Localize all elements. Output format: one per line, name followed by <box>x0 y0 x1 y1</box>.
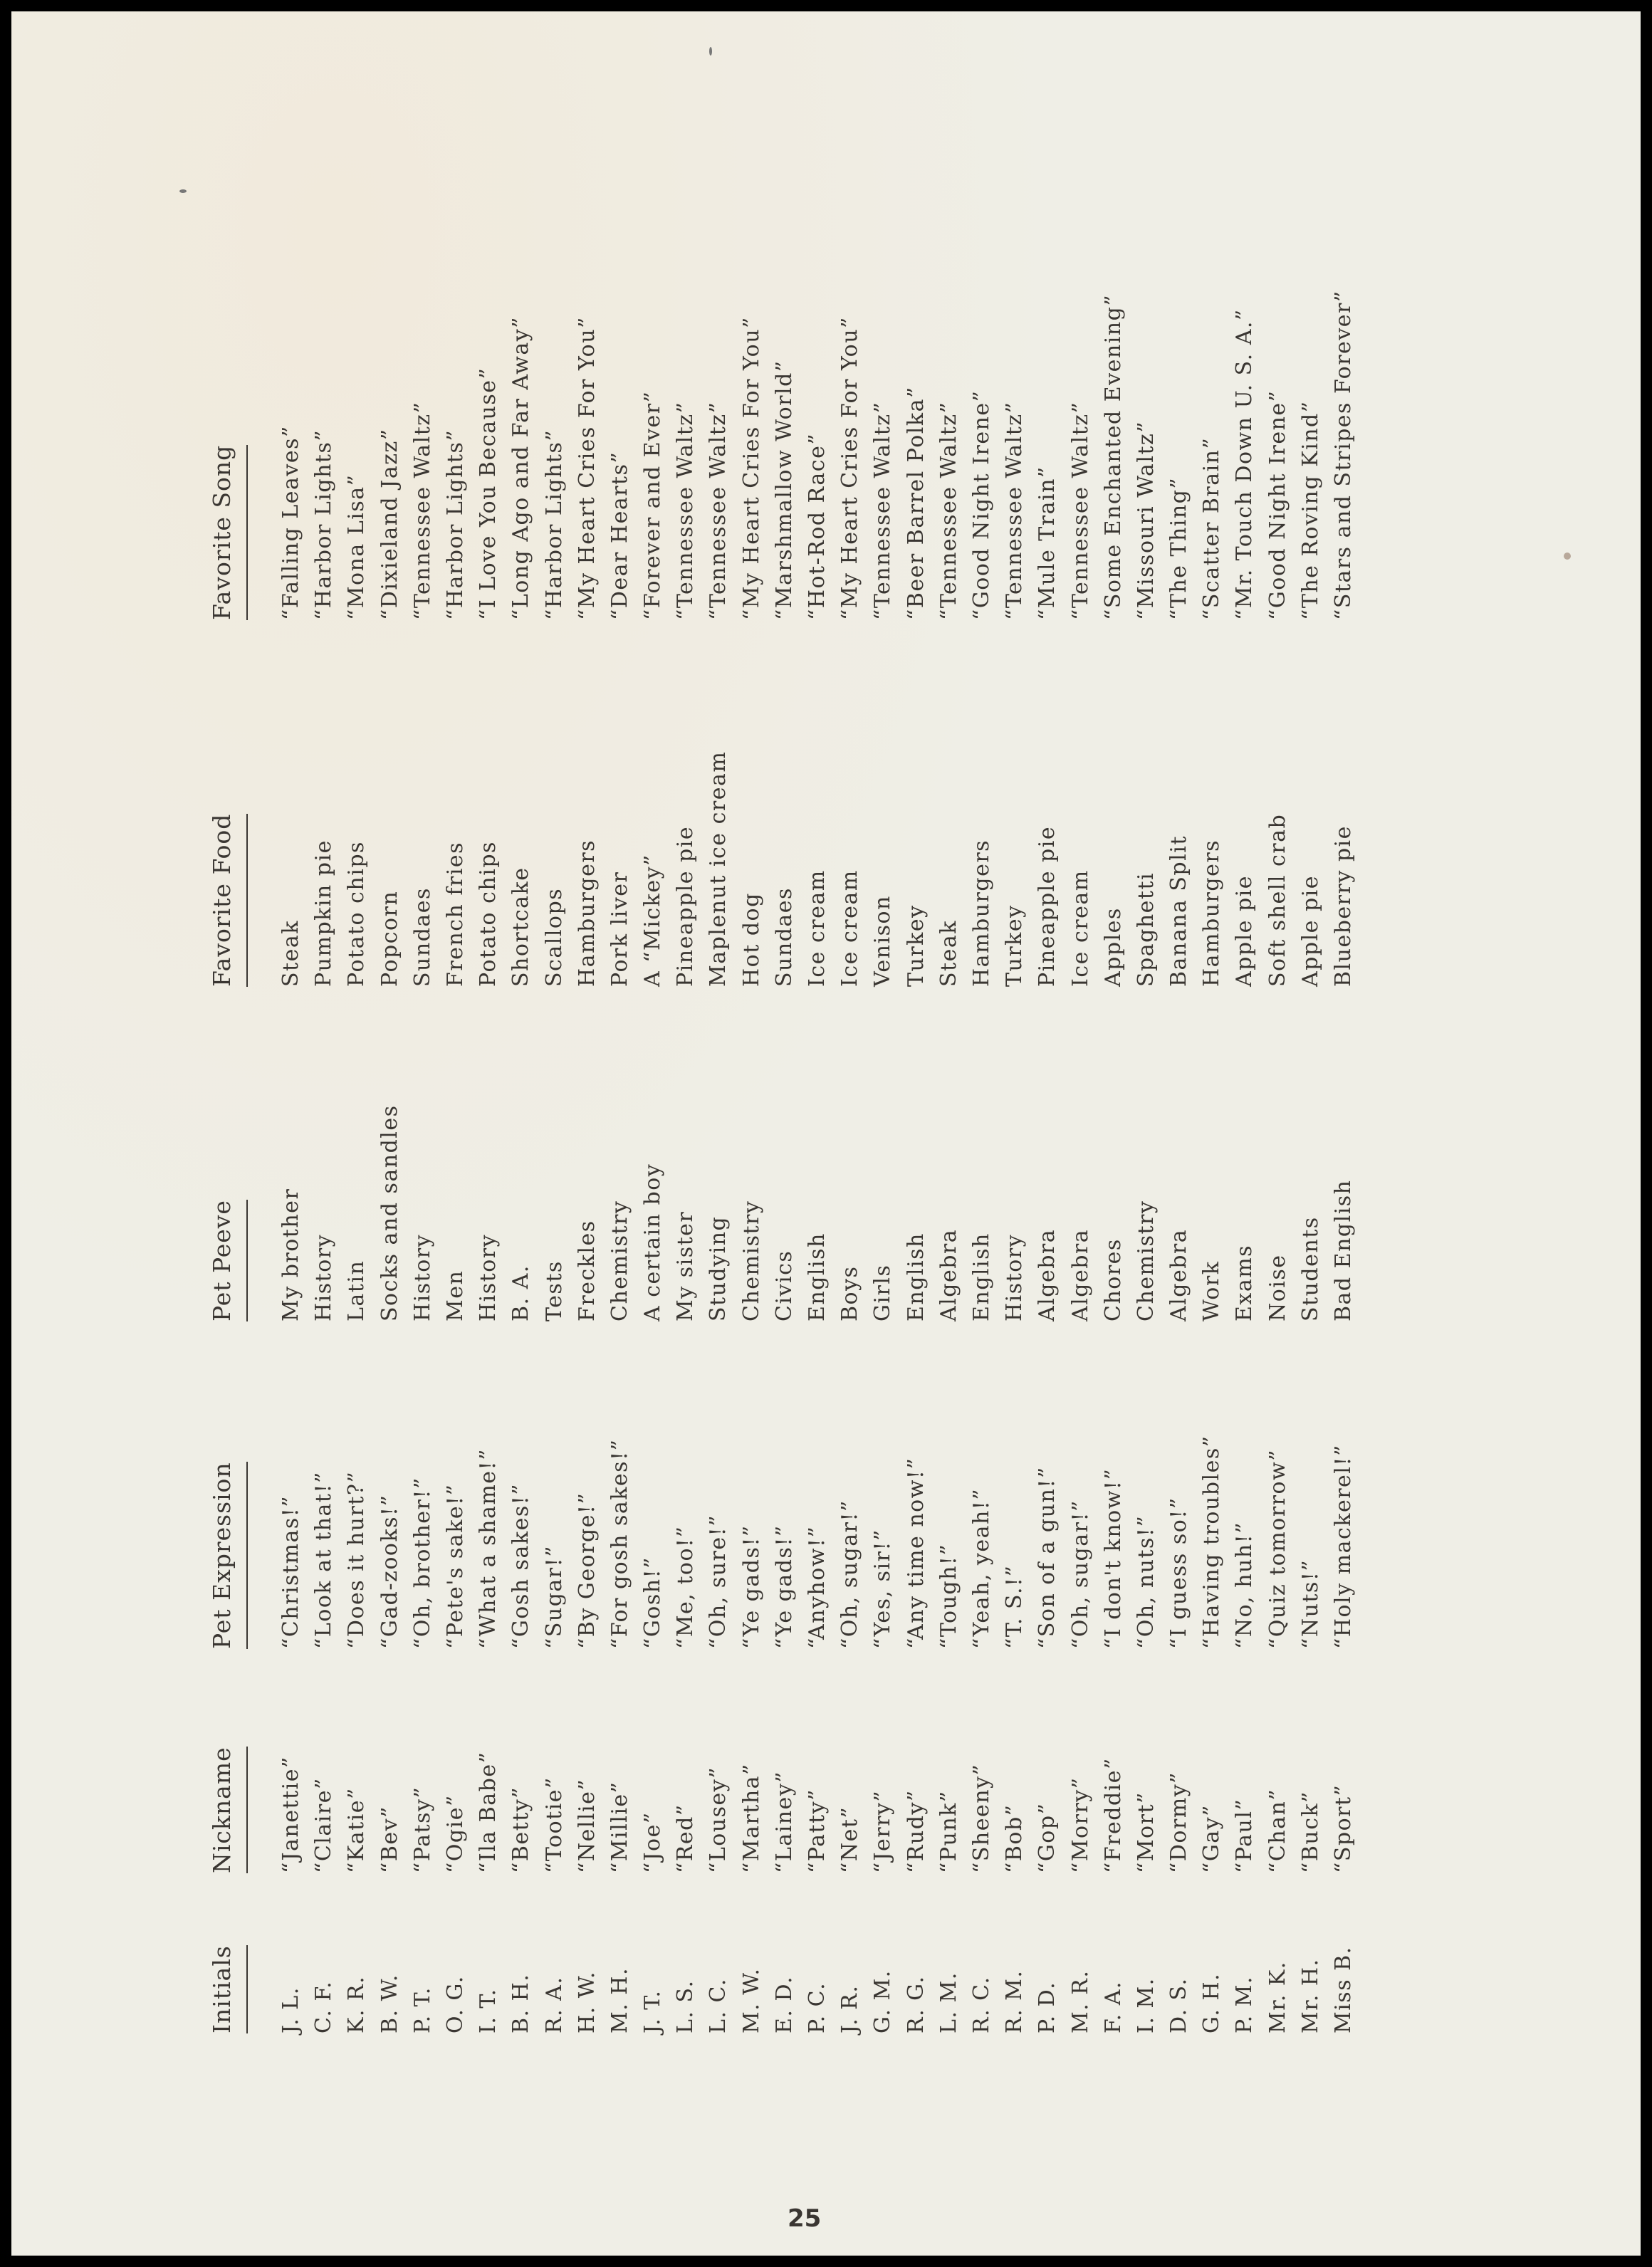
table-cell-initials: Miss B. <box>1327 1945 1360 2033</box>
table-cell-nickname: “Gay” <box>1196 1747 1228 1873</box>
column-initials: Initials J. L.C. F.K. R.B. W.P. T.O. G.I… <box>204 1945 1360 2033</box>
table-cell-pet-peeve: English <box>900 1104 933 1321</box>
table-cell-pet-expression: “Oh, nuts!” <box>1130 1435 1163 1649</box>
table-cell-nickname: “Red” <box>669 1747 702 1873</box>
table-cell-initials: M. R. <box>1065 1945 1097 2033</box>
table-cell-pet-peeve: Civics <box>768 1104 801 1321</box>
table-cell-initials: R. G. <box>900 1945 933 2033</box>
table-cell-favorite-song: “Harbor Lights” <box>439 290 472 620</box>
table-cell-pet-expression: “Gosh!” <box>637 1435 669 1649</box>
table-cell-initials: Mr. H. <box>1295 1945 1327 2033</box>
table-cell-favorite-food: Pineapple pie <box>669 751 702 987</box>
table-cell-pet-expression: “Oh, sure!” <box>702 1435 735 1649</box>
table-cell-nickname: “Bev” <box>374 1747 407 1873</box>
table-cell-favorite-song: “Dear Hearts” <box>604 290 637 620</box>
table-cell-initials: E. D. <box>768 1945 801 2033</box>
table-cell-nickname: “Ogie” <box>439 1747 472 1873</box>
table-cell-nickname: “Janettie” <box>275 1747 308 1873</box>
table-cell-pet-expression: “Having troubles” <box>1196 1435 1228 1649</box>
table-cell-favorite-food: Sundaes <box>407 751 439 987</box>
table-cell-favorite-song: “Harbor Lights” <box>538 290 571 620</box>
table-cell-favorite-food: Ice cream <box>834 751 867 987</box>
table-cell-initials: P. D. <box>1031 1945 1064 2033</box>
table-cell-pet-expression: “Tough!” <box>933 1435 966 1649</box>
table-cell-pet-peeve: English <box>966 1104 998 1321</box>
table-cell-favorite-food: Steak <box>275 751 308 987</box>
table-cell-initials: M. W. <box>736 1945 768 2033</box>
table-cell-favorite-food: Shortcake <box>505 751 538 987</box>
table-cell-pet-peeve: Algebra <box>1065 1104 1097 1321</box>
table-cell-favorite-food: Maplenut ice cream <box>702 751 735 987</box>
table-cell-favorite-song: “Some Enchanted Evening” <box>1097 290 1130 620</box>
table-cell-nickname: “Jerry” <box>867 1747 899 1873</box>
table-cell-nickname: “Buck” <box>1295 1747 1327 1873</box>
header-favorite-song: Favorite Song <box>204 445 248 620</box>
table-cell-favorite-song: “Forever and Ever” <box>637 290 669 620</box>
table-cell-pet-peeve: Socks and sandles <box>374 1104 407 1321</box>
table-cell-favorite-food: Popcorn <box>374 751 407 987</box>
table-cell-favorite-song: “My Heart Cries For You” <box>834 290 867 620</box>
table-cell-pet-peeve: Algebra <box>1031 1104 1064 1321</box>
table-cell-initials: G. H. <box>1196 1945 1228 2033</box>
table-cell-favorite-food: Potato chips <box>340 751 373 987</box>
table-cell-pet-peeve: Algebra <box>1163 1104 1196 1321</box>
table-cell-pet-expression: “I don't know!” <box>1097 1435 1130 1649</box>
table-cell-nickname: “Rudy” <box>900 1747 933 1873</box>
table-cell-pet-peeve: Freckles <box>571 1104 604 1321</box>
table-cell-pet-peeve: Chores <box>1097 1104 1130 1321</box>
table-cell-initials: J. T. <box>637 1945 669 2033</box>
table-cell-favorite-song: “I Love You Because” <box>472 290 505 620</box>
header-pet-peeve: Pet Peeve <box>204 1200 248 1321</box>
table-cell-nickname: “Betty” <box>505 1747 538 1873</box>
column-favorite-food: Favorite Food SteakPumpkin piePotato chi… <box>204 751 1360 987</box>
table-cell-nickname: “Gop” <box>1031 1747 1064 1873</box>
table-cell-favorite-food: A “Mickey” <box>637 751 669 987</box>
table-cell-favorite-song: “Tennessee Waltz” <box>933 290 966 620</box>
table-cell-pet-expression: “Gad-zooks!” <box>374 1435 407 1649</box>
table-cell-pet-expression: “Sugar!” <box>538 1435 571 1649</box>
table-cell-favorite-food: Turkey <box>998 751 1031 987</box>
table-cell-nickname: “Punk” <box>933 1747 966 1873</box>
table-cell-pet-peeve: Studying <box>702 1104 735 1321</box>
table-cell-pet-expression: “Look at that!” <box>308 1435 340 1649</box>
table-cell-nickname: “Lousey” <box>702 1747 735 1873</box>
table-cell-pet-expression: “Does it hurt?” <box>340 1435 373 1649</box>
table-cell-nickname: “Patsy” <box>407 1747 439 1873</box>
column-pet-expression: Pet Expression “Christmas!”“Look at that… <box>204 1435 1360 1649</box>
table-cell-pet-expression: “Holy mackerel!” <box>1327 1435 1360 1649</box>
header-favorite-food: Favorite Food <box>204 814 248 987</box>
table-cell-initials: P. T. <box>407 1945 439 2033</box>
table-cell-favorite-food: Hamburgers <box>571 751 604 987</box>
table-cell-pet-expression: “By George!” <box>571 1435 604 1649</box>
table-cell-nickname: “Joe” <box>637 1747 669 1873</box>
table-cell-favorite-song: “Scatter Brain” <box>1196 290 1228 620</box>
table-cell-favorite-food: Scallops <box>538 751 571 987</box>
paper-speck <box>709 47 712 56</box>
table-cell-initials: I. M. <box>1130 1945 1163 2033</box>
table-cell-pet-peeve: Boys <box>834 1104 867 1321</box>
table-cell-initials: B. W. <box>374 1945 407 2033</box>
table-cell-favorite-song: “Harbor Lights” <box>308 290 340 620</box>
table-cell-pet-expression: “Pete's sake!” <box>439 1435 472 1649</box>
table-cell-favorite-food: Hamburgers <box>1196 751 1228 987</box>
table-cell-pet-peeve: Chemistry <box>1130 1104 1163 1321</box>
table-cell-pet-expression: “Yeah, yeah!” <box>966 1435 998 1649</box>
table-cell-pet-expression: “Gosh sakes!” <box>505 1435 538 1649</box>
table-cell-nickname: “Sport” <box>1327 1747 1360 1873</box>
table-cell-initials: Mr. K. <box>1262 1945 1295 2033</box>
table-cell-favorite-food: Hot dog <box>736 751 768 987</box>
column-pet-peeve: Pet Peeve My brotherHistoryLatinSocks an… <box>204 1104 1360 1321</box>
table-cell-nickname: “Morry” <box>1065 1747 1097 1873</box>
table-cell-favorite-song: “My Heart Cries For You” <box>736 290 768 620</box>
table-cell-pet-expression: “T. S.!” <box>998 1435 1031 1649</box>
table-cell-initials: G. M. <box>867 1945 899 2033</box>
table-cell-favorite-food: Hamburgers <box>966 751 998 987</box>
table-cell-nickname: “Bob” <box>998 1747 1031 1873</box>
header-pet-expression: Pet Expression <box>204 1462 248 1649</box>
table-cell-pet-expression: “Son of a gun!” <box>1031 1435 1064 1649</box>
table-cell-favorite-song: “Mr. Touch Down U. S. A.” <box>1228 290 1261 620</box>
table-cell-pet-peeve: Noise <box>1262 1104 1295 1321</box>
table-cell-pet-peeve: Tests <box>538 1104 571 1321</box>
table-cell-pet-peeve: History <box>472 1104 505 1321</box>
table-cell-favorite-song: “Tennessee Waltz” <box>998 290 1031 620</box>
rotated-table: Initials J. L.C. F.K. R.B. W.P. T.O. G.I… <box>204 182 1457 2033</box>
table-cell-pet-peeve: English <box>801 1104 834 1321</box>
table-cell-initials: L. M. <box>933 1945 966 2033</box>
table-cell-initials: H. W. <box>571 1945 604 2033</box>
table-cell-initials: R. A. <box>538 1945 571 2033</box>
table-cell-nickname: “Dormy” <box>1163 1747 1196 1873</box>
table-cell-nickname: “Mort” <box>1130 1747 1163 1873</box>
table-cell-favorite-song: “Marshmallow World” <box>768 290 801 620</box>
table-cell-nickname: “Millie” <box>604 1747 637 1873</box>
table-cell-favorite-food: Apple pie <box>1295 751 1327 987</box>
column-favorite-song: Favorite Song “Falling Leaves”“Harbor Li… <box>204 290 1360 620</box>
table-cell-initials: L. C. <box>702 1945 735 2033</box>
table-cell-pet-peeve: History <box>998 1104 1031 1321</box>
table-cell-favorite-song: “Tennessee Waltz” <box>1065 290 1097 620</box>
table-cell-nickname: “Paul” <box>1228 1747 1261 1873</box>
table-cell-favorite-food: Banana Split <box>1163 751 1196 987</box>
table-cell-favorite-food: Pineapple pie <box>1031 751 1064 987</box>
table-cell-initials: P. M. <box>1228 1945 1261 2033</box>
table-cell-favorite-food: Sundaes <box>768 751 801 987</box>
table-cell-pet-peeve: Latin <box>340 1104 373 1321</box>
table-cell-pet-expression: “Christmas!” <box>275 1435 308 1649</box>
table-cell-favorite-song: “Hot-Rod Race” <box>801 290 834 620</box>
table-cell-nickname: “Nellie” <box>571 1747 604 1873</box>
column-nickname: Nickname “Janettie”“Claire”“Katie”“Bev”“… <box>204 1747 1360 1873</box>
table-cell-favorite-song: “Long Ago and Far Away” <box>505 290 538 620</box>
table-cell-nickname: “Claire” <box>308 1747 340 1873</box>
paper-speck <box>179 189 187 193</box>
table-cell-initials: R. M. <box>998 1945 1031 2033</box>
table-cell-pet-expression: “Oh, sugar!” <box>1065 1435 1097 1649</box>
table-cell-pet-peeve: Bad English <box>1327 1104 1360 1321</box>
table-cell-favorite-food: Venison <box>867 751 899 987</box>
table-cell-pet-peeve: Work <box>1196 1104 1228 1321</box>
table-cell-favorite-food: Apple pie <box>1228 751 1261 987</box>
table-cell-favorite-food: Pumpkin pie <box>308 751 340 987</box>
table-cell-favorite-food: Ice cream <box>801 751 834 987</box>
table-cell-pet-peeve: Men <box>439 1104 472 1321</box>
table-cell-pet-peeve: My sister <box>669 1104 702 1321</box>
table-cell-favorite-food: Spaghetti <box>1130 751 1163 987</box>
table-cell-favorite-song: “Mule Train” <box>1031 290 1064 620</box>
table-cell-pet-peeve: Girls <box>867 1104 899 1321</box>
table-cell-pet-peeve: History <box>308 1104 340 1321</box>
table-cell-favorite-food: Soft shell crab <box>1262 751 1295 987</box>
table-cell-pet-peeve: My brother <box>275 1104 308 1321</box>
table-cell-pet-peeve: Students <box>1295 1104 1327 1321</box>
table-cell-pet-peeve: Algebra <box>933 1104 966 1321</box>
page-number: 25 <box>788 2204 821 2233</box>
table-cell-favorite-song: “Mona Lisa” <box>340 290 373 620</box>
table-cell-pet-expression: “I guess so!” <box>1163 1435 1196 1649</box>
table-cell-pet-expression: “Me, too!” <box>669 1435 702 1649</box>
table-cell-pet-peeve: B. A. <box>505 1104 538 1321</box>
table-cell-favorite-food: Potato chips <box>472 751 505 987</box>
table-cell-favorite-song: “Falling Leaves” <box>275 290 308 620</box>
table-cell-initials: R. C. <box>966 1945 998 2033</box>
table-cell-pet-expression: “Yes, sir!” <box>867 1435 899 1649</box>
table-cell-favorite-food: Pork liver <box>604 751 637 987</box>
table-cell-favorite-song: “Good Night Irene” <box>1262 290 1295 620</box>
table-cell-nickname: “Lainey” <box>768 1747 801 1873</box>
table-cell-favorite-food: Apples <box>1097 751 1130 987</box>
table-cell-pet-expression: “Oh, sugar!” <box>834 1435 867 1649</box>
table-cell-nickname: “Freddie” <box>1097 1747 1130 1873</box>
table-cell-initials: O. G. <box>439 1945 472 2033</box>
table-cell-favorite-food: Steak <box>933 751 966 987</box>
table-cell-pet-expression: “For gosh sakes!” <box>604 1435 637 1649</box>
table-cell-nickname: “Tootie” <box>538 1747 571 1873</box>
table-cell-pet-expression: “Oh, brother!” <box>407 1435 439 1649</box>
table-cell-pet-peeve: History <box>407 1104 439 1321</box>
table-cell-favorite-food: French fries <box>439 751 472 987</box>
table-cell-favorite-song: “My Heart Cries For You” <box>571 290 604 620</box>
table-cell-pet-expression: “Anyhow!” <box>801 1435 834 1649</box>
table-cell-initials: J. L. <box>275 1945 308 2033</box>
table-cell-pet-peeve: Chemistry <box>604 1104 637 1321</box>
table-cell-initials: P. C. <box>801 1945 834 2033</box>
table-cell-pet-peeve: Chemistry <box>736 1104 768 1321</box>
table-cell-pet-peeve: A certain boy <box>637 1104 669 1321</box>
table-cell-favorite-song: “Missouri Waltz” <box>1130 290 1163 620</box>
table-cell-initials: F. A. <box>1097 1945 1130 2033</box>
table-cell-initials: I. T. <box>472 1945 505 2033</box>
table-cell-pet-expression: “Any time now!” <box>900 1435 933 1649</box>
table-cell-nickname: “Sheeny” <box>966 1747 998 1873</box>
table-cell-favorite-song: “Dixieland Jazz” <box>374 290 407 620</box>
table-cell-pet-expression: “Ye gads!” <box>736 1435 768 1649</box>
header-initials: Initials <box>204 1945 248 2033</box>
table-cell-favorite-song: “Beer Barrel Polka” <box>900 290 933 620</box>
document-page: Initials J. L.C. F.K. R.B. W.P. T.O. G.I… <box>11 11 1641 2256</box>
table-cell-nickname: “Katie” <box>340 1747 373 1873</box>
table-cell-favorite-song: “Tennessee Waltz” <box>867 290 899 620</box>
table-cell-favorite-song: “Tennessee Waltz” <box>702 290 735 620</box>
table-cell-nickname: “Net” <box>834 1747 867 1873</box>
table-cell-nickname: “Chan” <box>1262 1747 1295 1873</box>
table-cell-favorite-song: “Tennessee Waltz” <box>669 290 702 620</box>
table-cell-initials: D. S. <box>1163 1945 1196 2033</box>
table-cell-pet-expression: “No, huh!” <box>1228 1435 1261 1649</box>
table-cell-favorite-song: “The Roving Kind” <box>1295 290 1327 620</box>
header-nickname: Nickname <box>204 1747 248 1873</box>
table-cell-initials: C. F. <box>308 1945 340 2033</box>
table-cell-initials: K. R. <box>340 1945 373 2033</box>
table-cell-pet-expression: “Ye gads!” <box>768 1435 801 1649</box>
table-cell-initials: J. R. <box>834 1945 867 2033</box>
table-cell-pet-expression: “Nuts!” <box>1295 1435 1327 1649</box>
table-cell-favorite-food: Ice cream <box>1065 751 1097 987</box>
table-cell-favorite-song: “Tennessee Waltz” <box>407 290 439 620</box>
table-cell-nickname: “Ila Babe” <box>472 1747 505 1873</box>
table-cell-initials: L. S. <box>669 1945 702 2033</box>
table-cell-initials: M. H. <box>604 1945 637 2033</box>
table-cell-nickname: “Patty” <box>801 1747 834 1873</box>
table-cell-favorite-song: “Good Night Irene” <box>966 290 998 620</box>
table-cell-pet-peeve: Exams <box>1228 1104 1261 1321</box>
table-cell-favorite-song: “Stars and Stripes Forever” <box>1327 290 1360 620</box>
table-cell-pet-expression: “Quiz tomorrow” <box>1262 1435 1295 1649</box>
table-cell-favorite-food: Blueberry pie <box>1327 751 1360 987</box>
table-cell-initials: B. H. <box>505 1945 538 2033</box>
table-cell-nickname: “Martha” <box>736 1747 768 1873</box>
table-cell-pet-expression: “What a shame!” <box>472 1435 505 1649</box>
table-cell-favorite-song: “The Thing” <box>1163 290 1196 620</box>
table-cell-favorite-food: Turkey <box>900 751 933 987</box>
paper-speck <box>1564 553 1571 560</box>
